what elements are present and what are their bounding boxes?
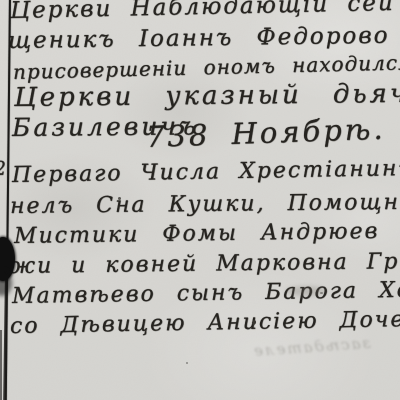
entry-line-1: Перваго Числа Хрестіанинъ ро — [12, 155, 400, 188]
marginal-numeral: 2 — [0, 158, 8, 180]
entry-line-5: Матвѣево сынъ Барога Хо пость — [12, 276, 400, 309]
ink-speck — [118, 197, 121, 200]
margin-rule-line-double — [3, 278, 7, 400]
date-heading: 738 Ноябрѣ. — [145, 112, 386, 154]
page-edge-line — [0, 330, 2, 400]
entry-line-4: жи и ковней Марковна Григорія — [10, 248, 400, 279]
entry-line-6: со Дѣвицею Анисіею Дочерью Кр — [10, 305, 400, 339]
manuscript-line-1: Церкви Наблюдающій сей При — [10, 0, 400, 24]
paper-smudge — [286, 286, 326, 296]
scanned-manuscript-page: засѣдателе 2 Церкви Наблюдающій сей При … — [0, 0, 400, 400]
ink-bleedthrough: засѣдателе — [252, 334, 372, 360]
ink-speck — [186, 362, 188, 364]
entry-line-3: Мистики Фомы Андрюев Ми — [14, 218, 400, 249]
manuscript-line-4: Церкви указный дьячо — [14, 79, 400, 113]
manuscript-line-2: щеникъ Іоаннъ Федорово см — [8, 22, 400, 54]
entry-line-2: нелъ Сна Кушки, Помощника — [10, 189, 400, 219]
